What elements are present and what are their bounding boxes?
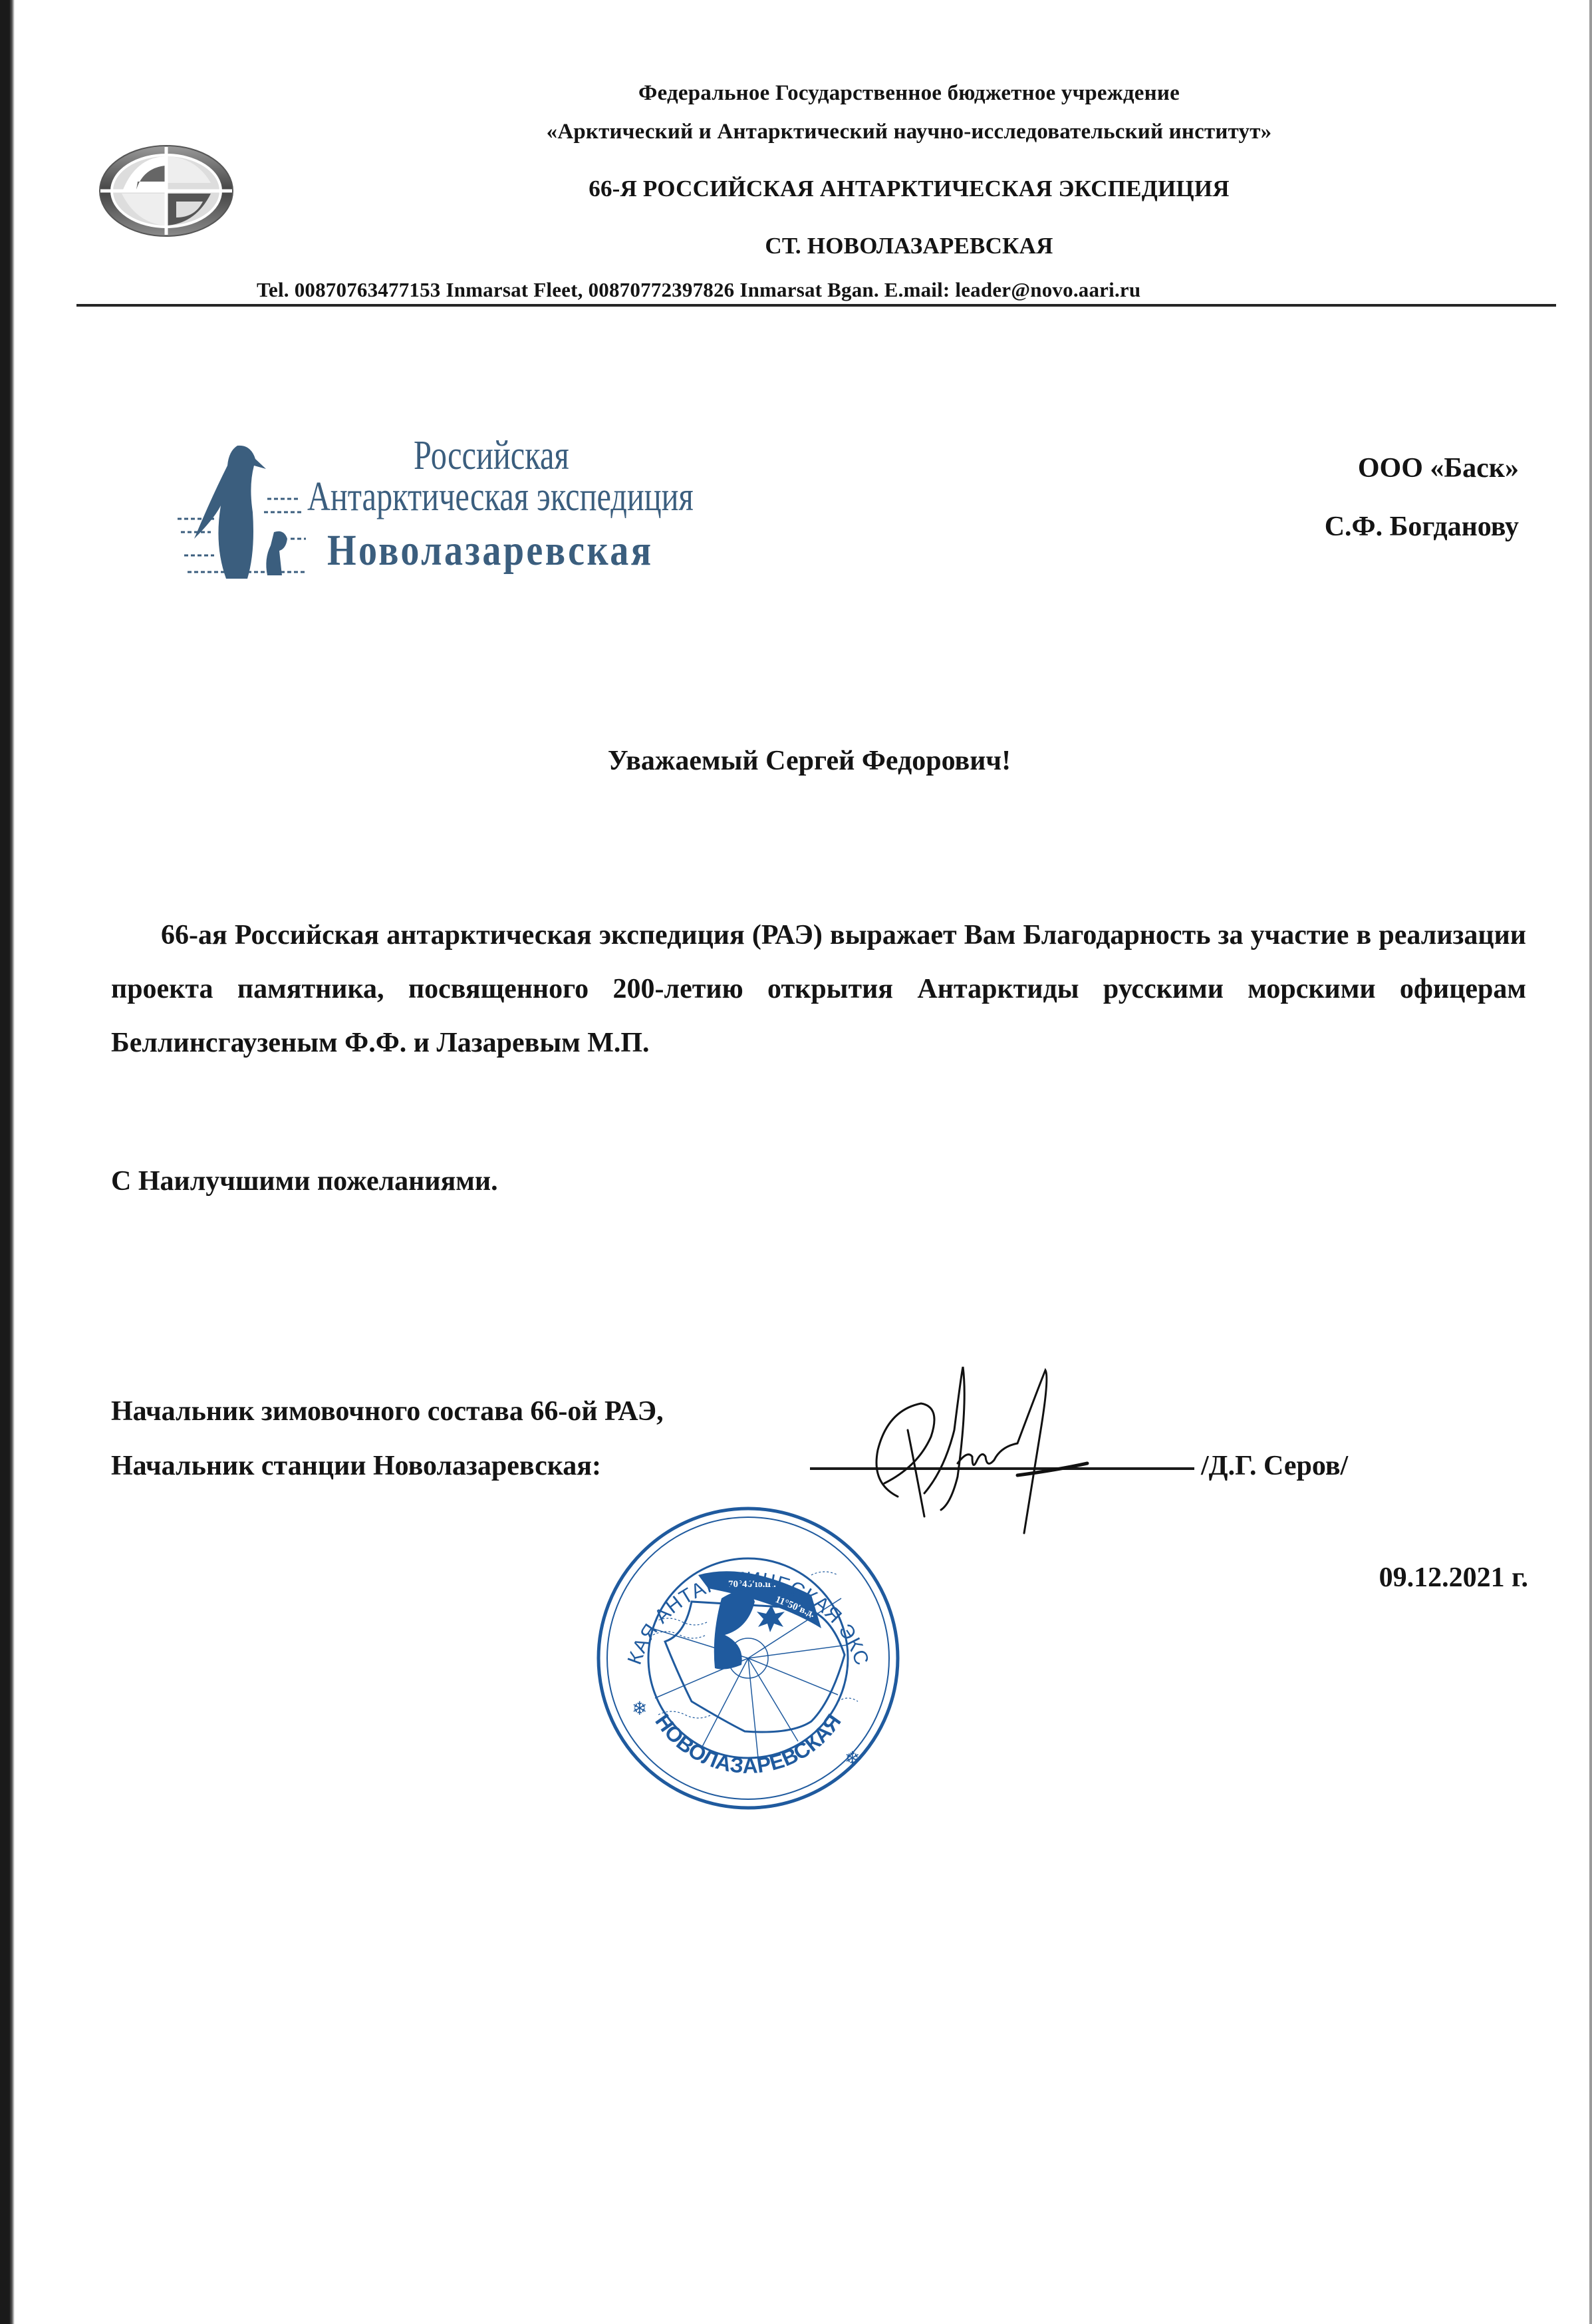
scan-border-right: [1589, 0, 1592, 2324]
svg-text:❄: ❄: [632, 1699, 647, 1719]
header-divider: [76, 304, 1556, 307]
addressee-person: С.Ф. Богданову: [1325, 498, 1519, 556]
official-seal-icon: 70°46′ю.ш. 11°50′в.д. РОССИЙСКАЯ АНТАРКТ…: [592, 1502, 904, 1815]
letter-body: 66-ая Российская антарктическая экспедиц…: [111, 909, 1526, 1070]
svg-text:НОВОЛАЗАРЕВСКАЯ: НОВОЛАЗАРЕВСКАЯ: [650, 1709, 845, 1778]
station-logo: Российская Антарктическая экспедиция Нов…: [174, 432, 693, 592]
institution-type: Федеральное Государственное бюджетное уч…: [113, 81, 1592, 106]
station-logo-line2: Антарктическая экспедиция: [307, 474, 694, 521]
salutation: Уважаемый Сергей Федорович!: [0, 745, 1592, 777]
expedition-name: 66-Я РОССИЙСКАЯ АНТАРКТИЧЕСКАЯ ЭКСПЕДИЦИ…: [113, 176, 1592, 202]
addressee-block: ООО «Баск» С.Ф. Богданову: [1325, 439, 1519, 556]
closing-line: С Наилучшими пожеланиями.: [111, 1165, 498, 1197]
station-logo-line3: Новолазаревская: [327, 525, 653, 576]
contact-info: Tel. 00870763477153 Inmarsat Fleet, 0087…: [104, 278, 1567, 302]
penguin-icon: [174, 439, 307, 585]
letter-date: 09.12.2021 г.: [1379, 1562, 1528, 1594]
signatory-name: /Д.Г. Серов/: [1201, 1450, 1348, 1482]
signatory-role-1: Начальник зимовочного состава 66-ой РАЭ,: [111, 1395, 664, 1427]
station-logo-line1: Российская: [414, 432, 569, 480]
signatory-role-2: Начальник станции Новолазаревская:: [111, 1450, 601, 1482]
station-name: СТ. НОВОЛАЗАРЕВСКАЯ: [113, 233, 1592, 259]
scan-border-left: [0, 0, 15, 2324]
svg-text:❄: ❄: [845, 1749, 860, 1769]
addressee-organization: ООО «Баск»: [1325, 439, 1519, 498]
institution-name: «Арктический и Антарктический научно-исс…: [113, 120, 1592, 144]
